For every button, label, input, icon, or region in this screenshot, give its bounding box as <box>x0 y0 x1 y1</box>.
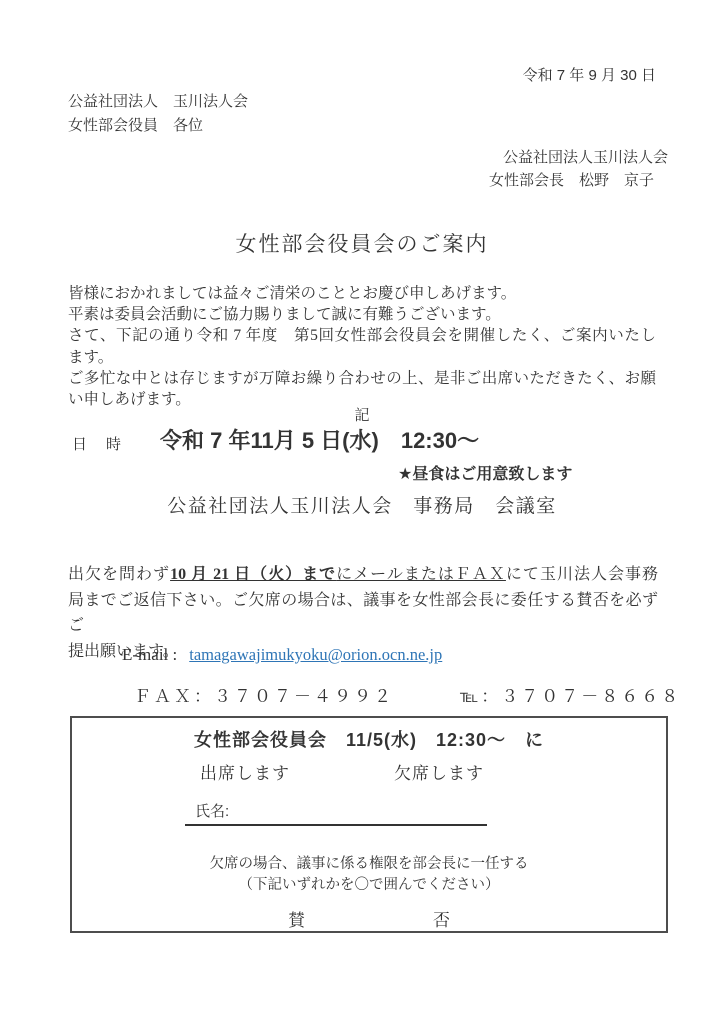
name-field: 氏名: <box>185 800 487 826</box>
document-date: 令和 7 年 9 月 30 日 <box>523 64 656 85</box>
greeting-line: さて、下記の通り令和 7 年度 第5回女性部会役員会を開催したく、ご案内いたし <box>68 325 656 346</box>
reply-line: 局までご返信下さい。ご欠席の場合は、議事を女性部会長に委任する賛否を必ずご <box>68 588 658 639</box>
fax-number: ＦＡＸ：３７０７－４９９２ <box>134 687 394 706</box>
absence-notes: 欠席の場合、議事に係る権限を部会長に一任する （下記いずれかを〇で囲んでください… <box>72 854 666 896</box>
reply-form-box: 女性部会役員会 11/5(水) 12:30～ に 出席します 欠席します 氏名:… <box>70 716 668 933</box>
greeting-paragraphs: 皆様におかれましては益々ご清栄のこととお慶び申しあげます。 平素は委員会活動にご… <box>68 283 656 410</box>
greeting-line: ご多忙な中とは存じますが万障お繰り合わせの上、是非ご出席いただきたく、お願 <box>68 368 656 389</box>
reply-method: にメールまたはＦＡＸ <box>336 566 506 583</box>
sender-org: 公益社団法人玉川法人会 <box>489 146 668 169</box>
greeting-line: 平素は委員会活動にご協力賜りまして誠に有難うございます。 <box>68 304 656 325</box>
lunch-note: ★昼食はご用意致します <box>398 461 572 484</box>
recipient-org: 公益社団法人 玉川法人会 <box>68 90 248 114</box>
schedule-label: 日 時 <box>72 433 123 454</box>
email-line: E-mail :tamagawajimukyoku@orion.ocn.ne.j… <box>122 645 442 665</box>
reply-segment: にて玉川法人会事務 <box>506 566 658 583</box>
approve-option: 賛 <box>288 906 305 931</box>
absent-option: 欠席します <box>394 759 484 784</box>
recipient-addressee: 女性部会役員 各位 <box>68 114 248 138</box>
fax-tel-line: ＦＡＸ：３７０７－４９９２℡：３７０７－８６６８ <box>134 682 681 707</box>
greeting-line: ます。 <box>68 347 656 368</box>
recipient-block: 公益社団法人 玉川法人会 女性部会役員 各位 <box>68 90 248 138</box>
reply-form-title: 女性部会役員会 11/5(水) 12:30～ に <box>72 726 666 752</box>
absence-note-line: 欠席の場合、議事に係る権限を部会長に一任する <box>72 854 666 875</box>
email-link[interactable]: tamagawajimukyoku@orion.ocn.ne.jp <box>189 645 442 664</box>
page-title: 女性部会役員会のご案内 <box>0 228 724 258</box>
tel-number: ℡：３７０７－８６６８ <box>460 687 681 706</box>
reply-segment: 出欠を問わず <box>68 566 170 583</box>
reply-deadline: 10 月 21 日（火）まで <box>170 566 336 583</box>
venue: 公益社団法人玉川法人会 事務局 会議室 <box>0 491 724 518</box>
sender-person: 女性部会長 松野 京子 <box>489 169 668 192</box>
oppose-option: 否 <box>433 906 450 931</box>
attend-option: 出席します <box>200 759 290 784</box>
greeting-line: 皆様におかれましては益々ご清栄のこととお慶び申しあげます。 <box>68 283 656 304</box>
schedule-datetime: 令和 7 年11月 5 日(水) 12:30～ <box>160 424 479 455</box>
absence-note-line: （下記いずれかを〇で囲んでください） <box>72 875 666 896</box>
email-label: E-mail : <box>122 645 177 664</box>
reply-line: 出欠を問わず10 月 21 日（火）までにメールまたはＦＡＸにて玉川法人会事務 <box>68 562 658 588</box>
ki-marker: 記 <box>0 404 724 425</box>
sender-block: 公益社団法人玉川法人会 女性部会長 松野 京子 <box>489 146 668 192</box>
